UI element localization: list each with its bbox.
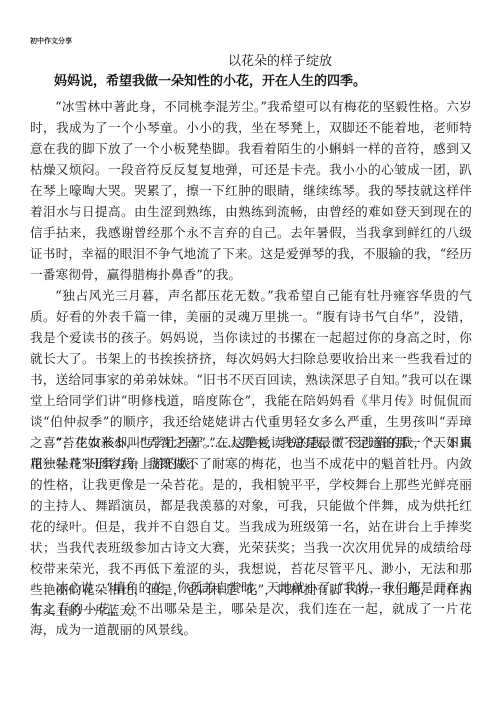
paragraph-plum: “冰雪林中著此身，不同桃李混芳尘。”我希望可以有梅花的坚毅性格。六岁时，我成为了… bbox=[30, 96, 472, 285]
intro-sentence: 妈妈说，希望我做一朵知性的小花，开在人生的四季。 bbox=[54, 70, 366, 89]
essay-title: 以花朵的样子绽放 bbox=[0, 50, 500, 69]
header-label: 初中作文分享 bbox=[30, 36, 72, 46]
paragraph-conclusion: 冰心说：“墙角的花，你孤芳自赏时，天地就小了。”我说，我们都是开在人生之春的小花… bbox=[30, 577, 472, 640]
